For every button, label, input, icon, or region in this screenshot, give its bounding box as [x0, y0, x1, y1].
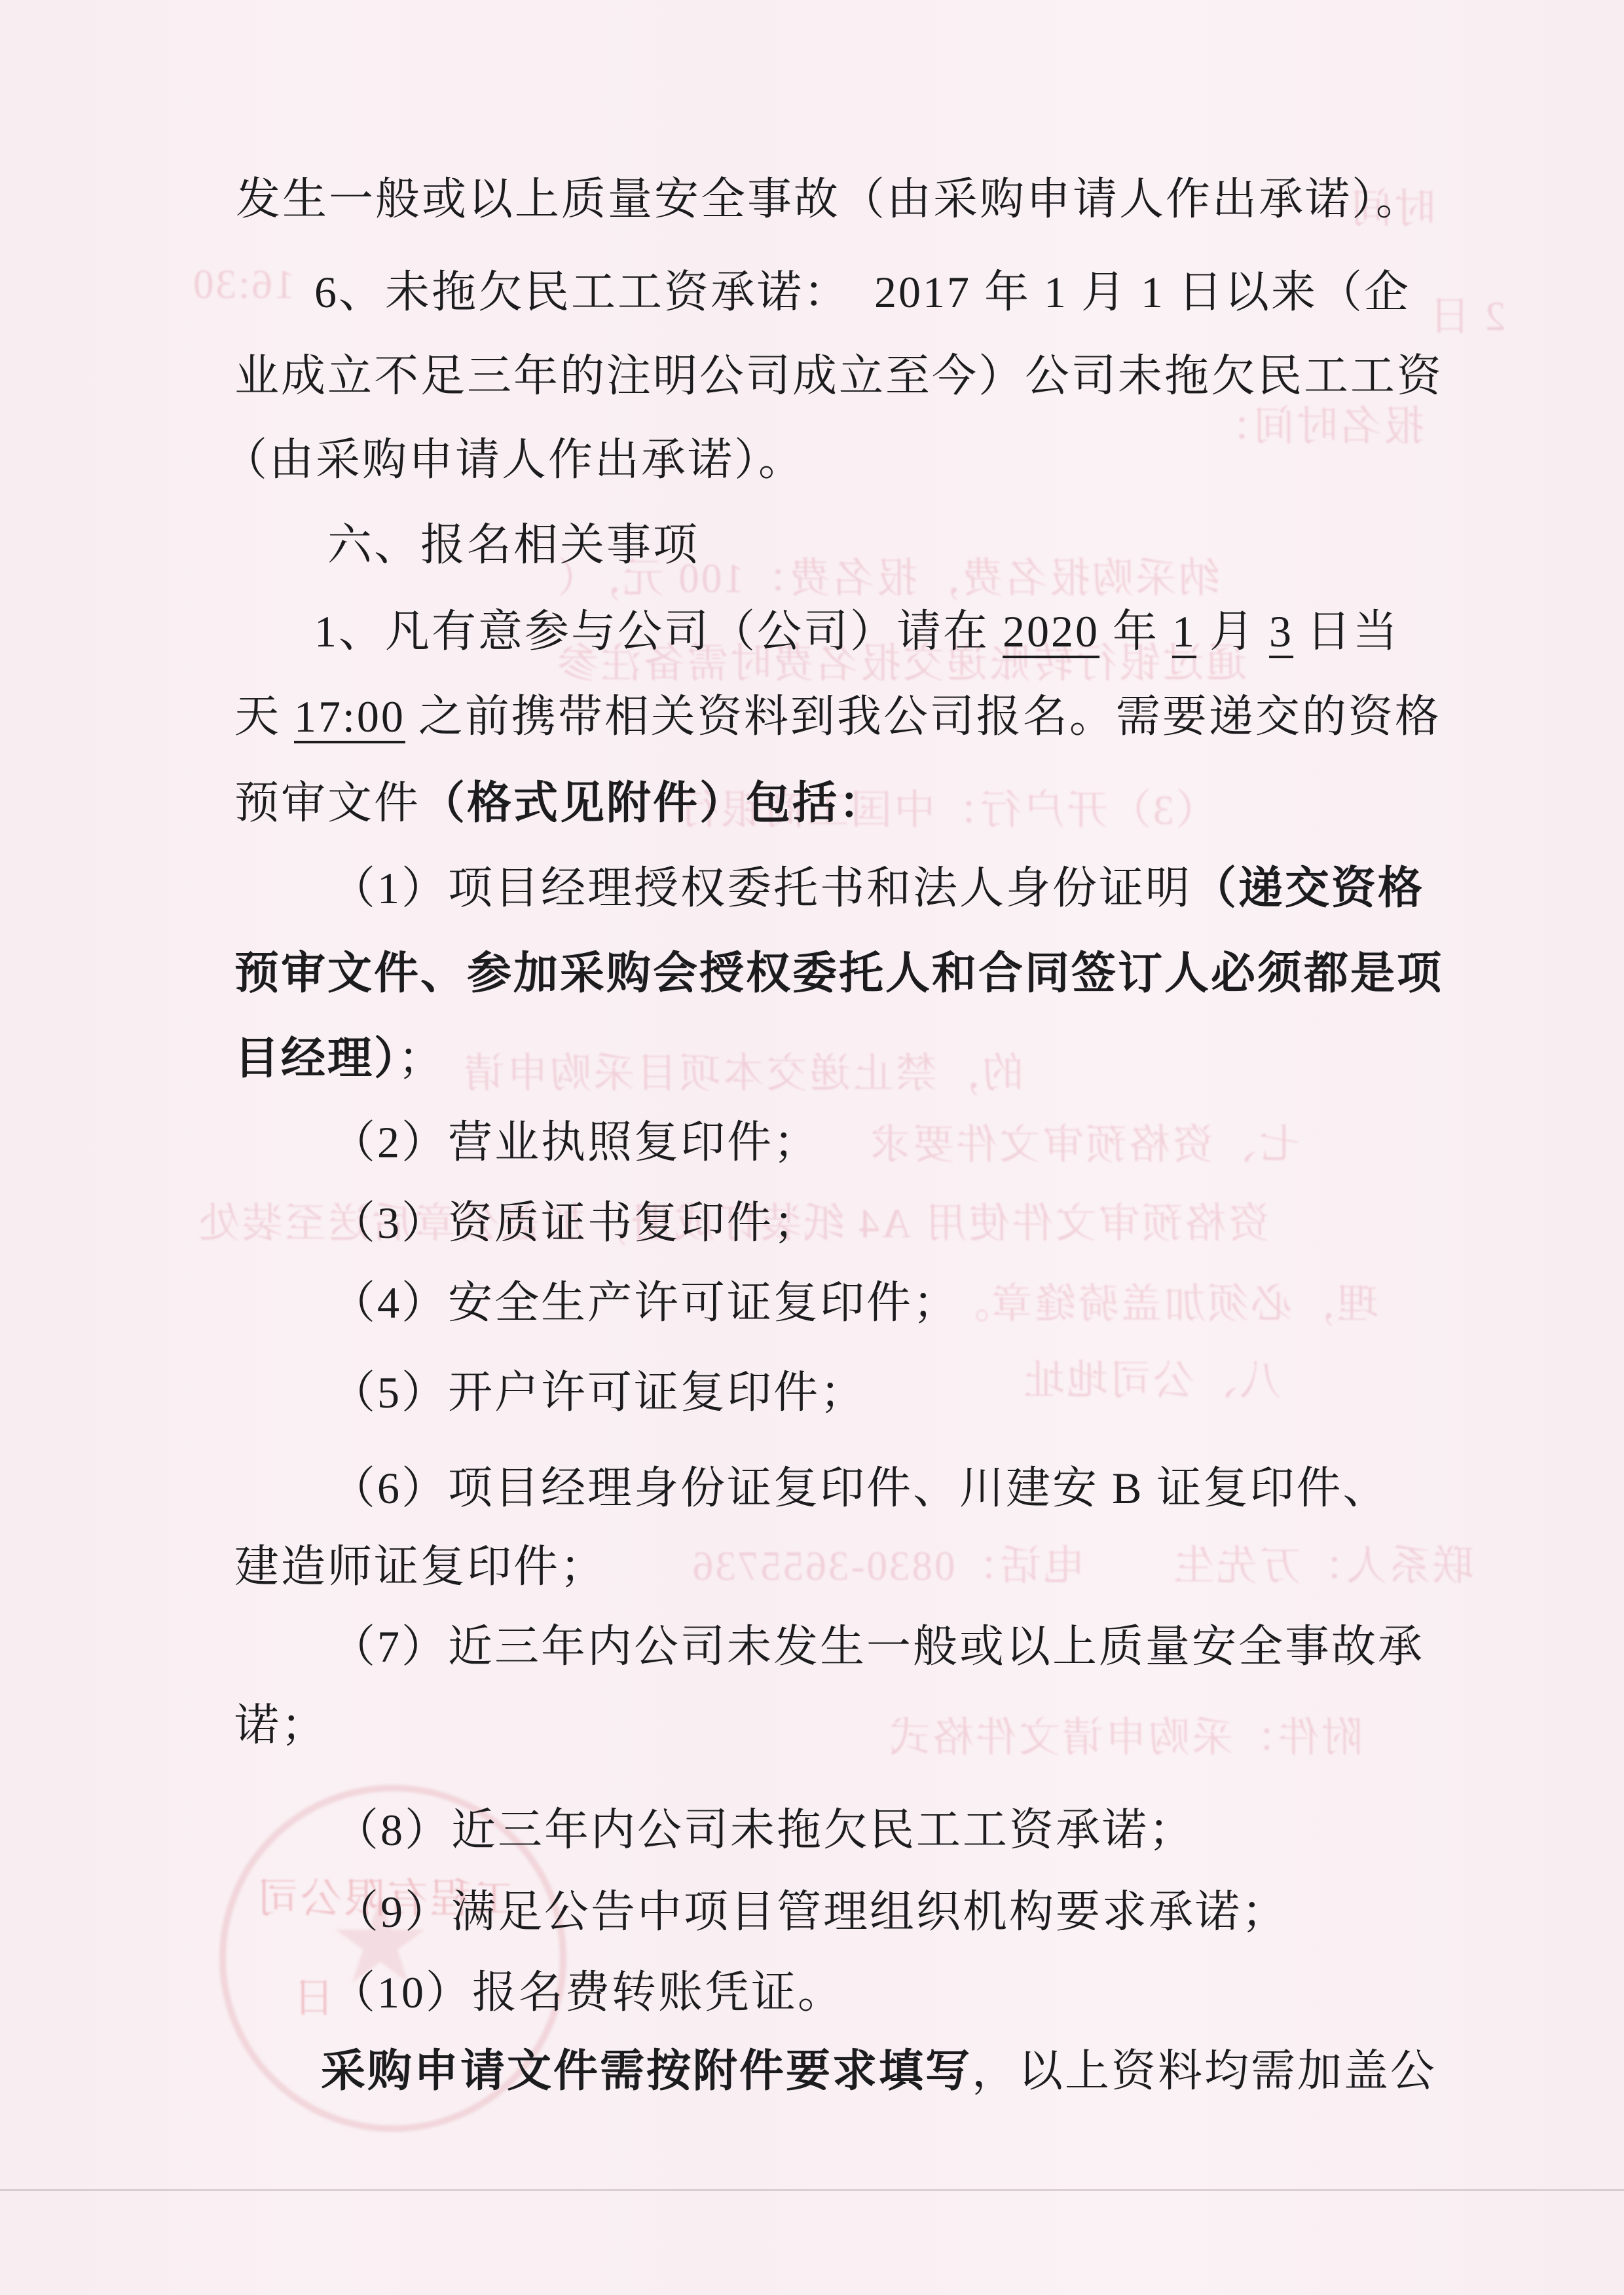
doc-line: （4）安全生产许可证复印件； [331, 1267, 959, 1331]
bold-text-run: 采购申请文件需按附件要求填写 [321, 2046, 972, 2096]
text-run: （3）资质证书复印件； [331, 1198, 820, 1248]
bleedthrough-text: 16:30 [191, 261, 295, 308]
scan-streak-artifact [0, 2189, 1624, 2191]
bleedthrough-text: 2 日 [1428, 283, 1505, 343]
doc-line: （1）项目经理授权委托书和法人身份证明（递交资格 [331, 853, 1424, 916]
text-run: （2）营业执照复印件； [331, 1117, 820, 1167]
doc-line: 1、凡有意参与公司（公司）请在 2020 年 1 月 3 日当 [314, 596, 1399, 660]
text-run: ，以上资料均需加盖公 [972, 2046, 1437, 2096]
underlined-text-run: 3 [1269, 606, 1293, 656]
text-run: 年 [1099, 606, 1172, 656]
doc-line: 预审文件（格式见附件）包括： [234, 768, 885, 831]
text-run: 月 [1196, 606, 1269, 656]
doc-line: 诺； [234, 1690, 327, 1753]
doc-line: 6、未拖欠民工工资承诺： 2017 年 1 月 1 日以来（企 [314, 257, 1411, 320]
doc-line: （7）近三年内公司未发生一般或以上质量安全事故承 [331, 1611, 1424, 1675]
text-run: 诺； [234, 1700, 327, 1750]
text-run: 建造师证复印件； [234, 1542, 606, 1592]
bleedthrough-text: 八、公司地址 [1022, 1347, 1281, 1407]
doc-line: 目经理）； [234, 1023, 445, 1087]
bold-text-run: （格式见附件）包括： [420, 778, 885, 828]
doc-line: （由采购申请人作出承诺）。 [223, 424, 805, 488]
text-run: （10）报名费转账凭证。 [331, 1968, 844, 2017]
text-run: （1）项目经理授权委托书和法人身份证明 [331, 863, 1192, 913]
text-run: 6、未拖欠民工工资承诺： [314, 267, 874, 317]
doc-line: 预审文件、参加采购会授权委托人和合同签订人必须都是项 [234, 938, 1443, 1001]
text-run: （8）近三年内公司未拖欠民工工资承诺； [334, 1805, 1195, 1855]
doc-line: 天 17:00 之前携带相关资料到我公司报名。需要递交的资格 [234, 681, 1441, 745]
bleedthrough-text: 联系人：万先生 电话：0830-3655736 [691, 1533, 1473, 1592]
text-run: 之前携带相关资料到我公司报名。需要递交的资格 [405, 692, 1441, 741]
bold-text-run: 目经理） [234, 1034, 398, 1083]
bleedthrough-text: 七、资格预审文件要求 [868, 1111, 1300, 1171]
text-run: 日当 [1293, 606, 1399, 656]
underlined-text-run: 17:00 [294, 692, 405, 741]
text-run: （9）满足公告中项目管理组织机构要求承诺； [334, 1887, 1288, 1937]
doc-line: （8）近三年内公司未拖欠民工工资承诺； [334, 1795, 1195, 1858]
underlined-text-run: 1 [1172, 606, 1196, 656]
bleedthrough-text: 附件：采购申请文件格式 [887, 1704, 1363, 1764]
doc-line: （6）项目经理身份证复印件、川建安 B 证复印件、 [331, 1453, 1389, 1516]
text-run: （由采购申请人作出承诺）。 [223, 435, 805, 485]
text-run: 天 [234, 692, 294, 741]
doc-line: （5）开户许可证复印件； [331, 1357, 866, 1421]
doc-line: （9）满足公告中项目管理组织机构要求承诺； [334, 1876, 1288, 1940]
text-run: 预审文件 [234, 778, 420, 828]
text-run: ； [398, 1034, 445, 1083]
text-run: 业成立不足三年的注明公司成立至今）公司未拖欠民工工资 [234, 351, 1443, 401]
text-run: （4）安全生产许可证复印件； [331, 1278, 959, 1328]
text-run: （7）近三年内公司未发生一般或以上质量安全事故承 [331, 1622, 1424, 1671]
text-run: 2017 年 1 月 1 日以来（企 [874, 267, 1411, 317]
doc-line: （10）报名费转账凭证。 [331, 1957, 844, 2021]
doc-line: 建造师证复印件； [234, 1531, 606, 1595]
text-run: 六、报名相关事项 [327, 520, 699, 570]
text-run: （5）开户许可证复印件； [331, 1368, 866, 1417]
bleedthrough-text: 的，禁止递交本项目采购申请 [462, 1040, 1024, 1100]
bleedthrough-text: 理，必须加盖骑缝章。 [946, 1271, 1378, 1330]
text-run: 1、凡有意参与公司（公司）请在 [314, 606, 1003, 656]
bold-text-run: 预审文件、参加采购会授权委托人和合同签订人必须都是项 [234, 948, 1443, 998]
doc-line: 采购申请文件需按附件要求填写，以上资料均需加盖公 [321, 2036, 1437, 2099]
doc-line: 发生一般或以上质量安全事故（由采购申请人作出承诺）。 [236, 164, 1422, 227]
underlined-text-run: 2020 [1003, 606, 1099, 656]
text-run: （6）项目经理身份证复印件、川建安 B 证复印件、 [331, 1463, 1389, 1513]
bold-text-run: （递交资格 [1192, 863, 1424, 913]
doc-line: 业成立不足三年的注明公司成立至今）公司未拖欠民工工资 [234, 341, 1443, 404]
text-run: 发生一般或以上质量安全事故（由采购申请人作出承诺）。 [236, 174, 1422, 224]
doc-line: （2）营业执照复印件； [331, 1107, 820, 1170]
doc-line: （3）资质证书复印件； [331, 1187, 820, 1251]
scanned-page: 时间16:302 日报名时间：纳采购报名费，报名费：100 元，（通过银行转账递… [0, 0, 1624, 2295]
doc-line: 六、报名相关事项 [327, 510, 699, 573]
